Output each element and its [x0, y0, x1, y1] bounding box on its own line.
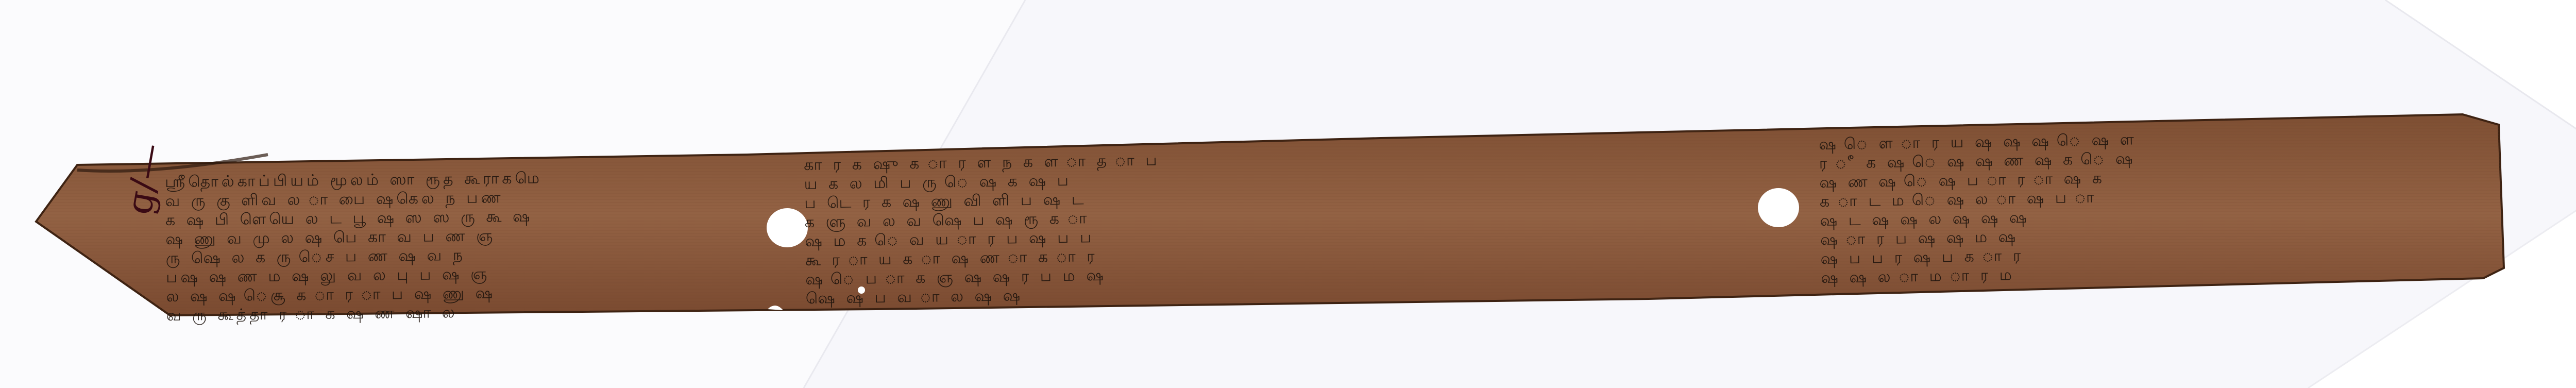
- folio-number-mark: ɡ/—: [117, 140, 172, 218]
- text-line: ஷ ணு வ மு ல ஷ பெ கா வ ப ண ஞ: [165, 226, 543, 249]
- text-block-1: ஸ்ரீதொல்காப்பியம் மூலம் ஸா ரூத கூராகமெ வ…: [165, 168, 544, 325]
- text-block-2: கா ர க ஷு க ா ர ள ந க ள ா த ா ப ய க ல மி…: [804, 150, 1162, 308]
- text-line: வ ரு கூத்தா ர ா க ஷ ண ஷா ல: [166, 302, 544, 325]
- text-line: ல ஷ ஷ ெசூ க ா ர ா ப ஷ ணு ஷ: [166, 283, 544, 306]
- text-block-3: ஷ ெ ள ா ர ய ஷ ஷ ஷ ெ ஷ ள ர ீ க ஷ ெ ஷ ஷ ண …: [1819, 130, 2139, 288]
- manuscript-leaf: ɡ/— ஸ்ரீதொல்காப்பியம் மூலம் ஸா ரூத கூராக…: [0, 0, 2576, 388]
